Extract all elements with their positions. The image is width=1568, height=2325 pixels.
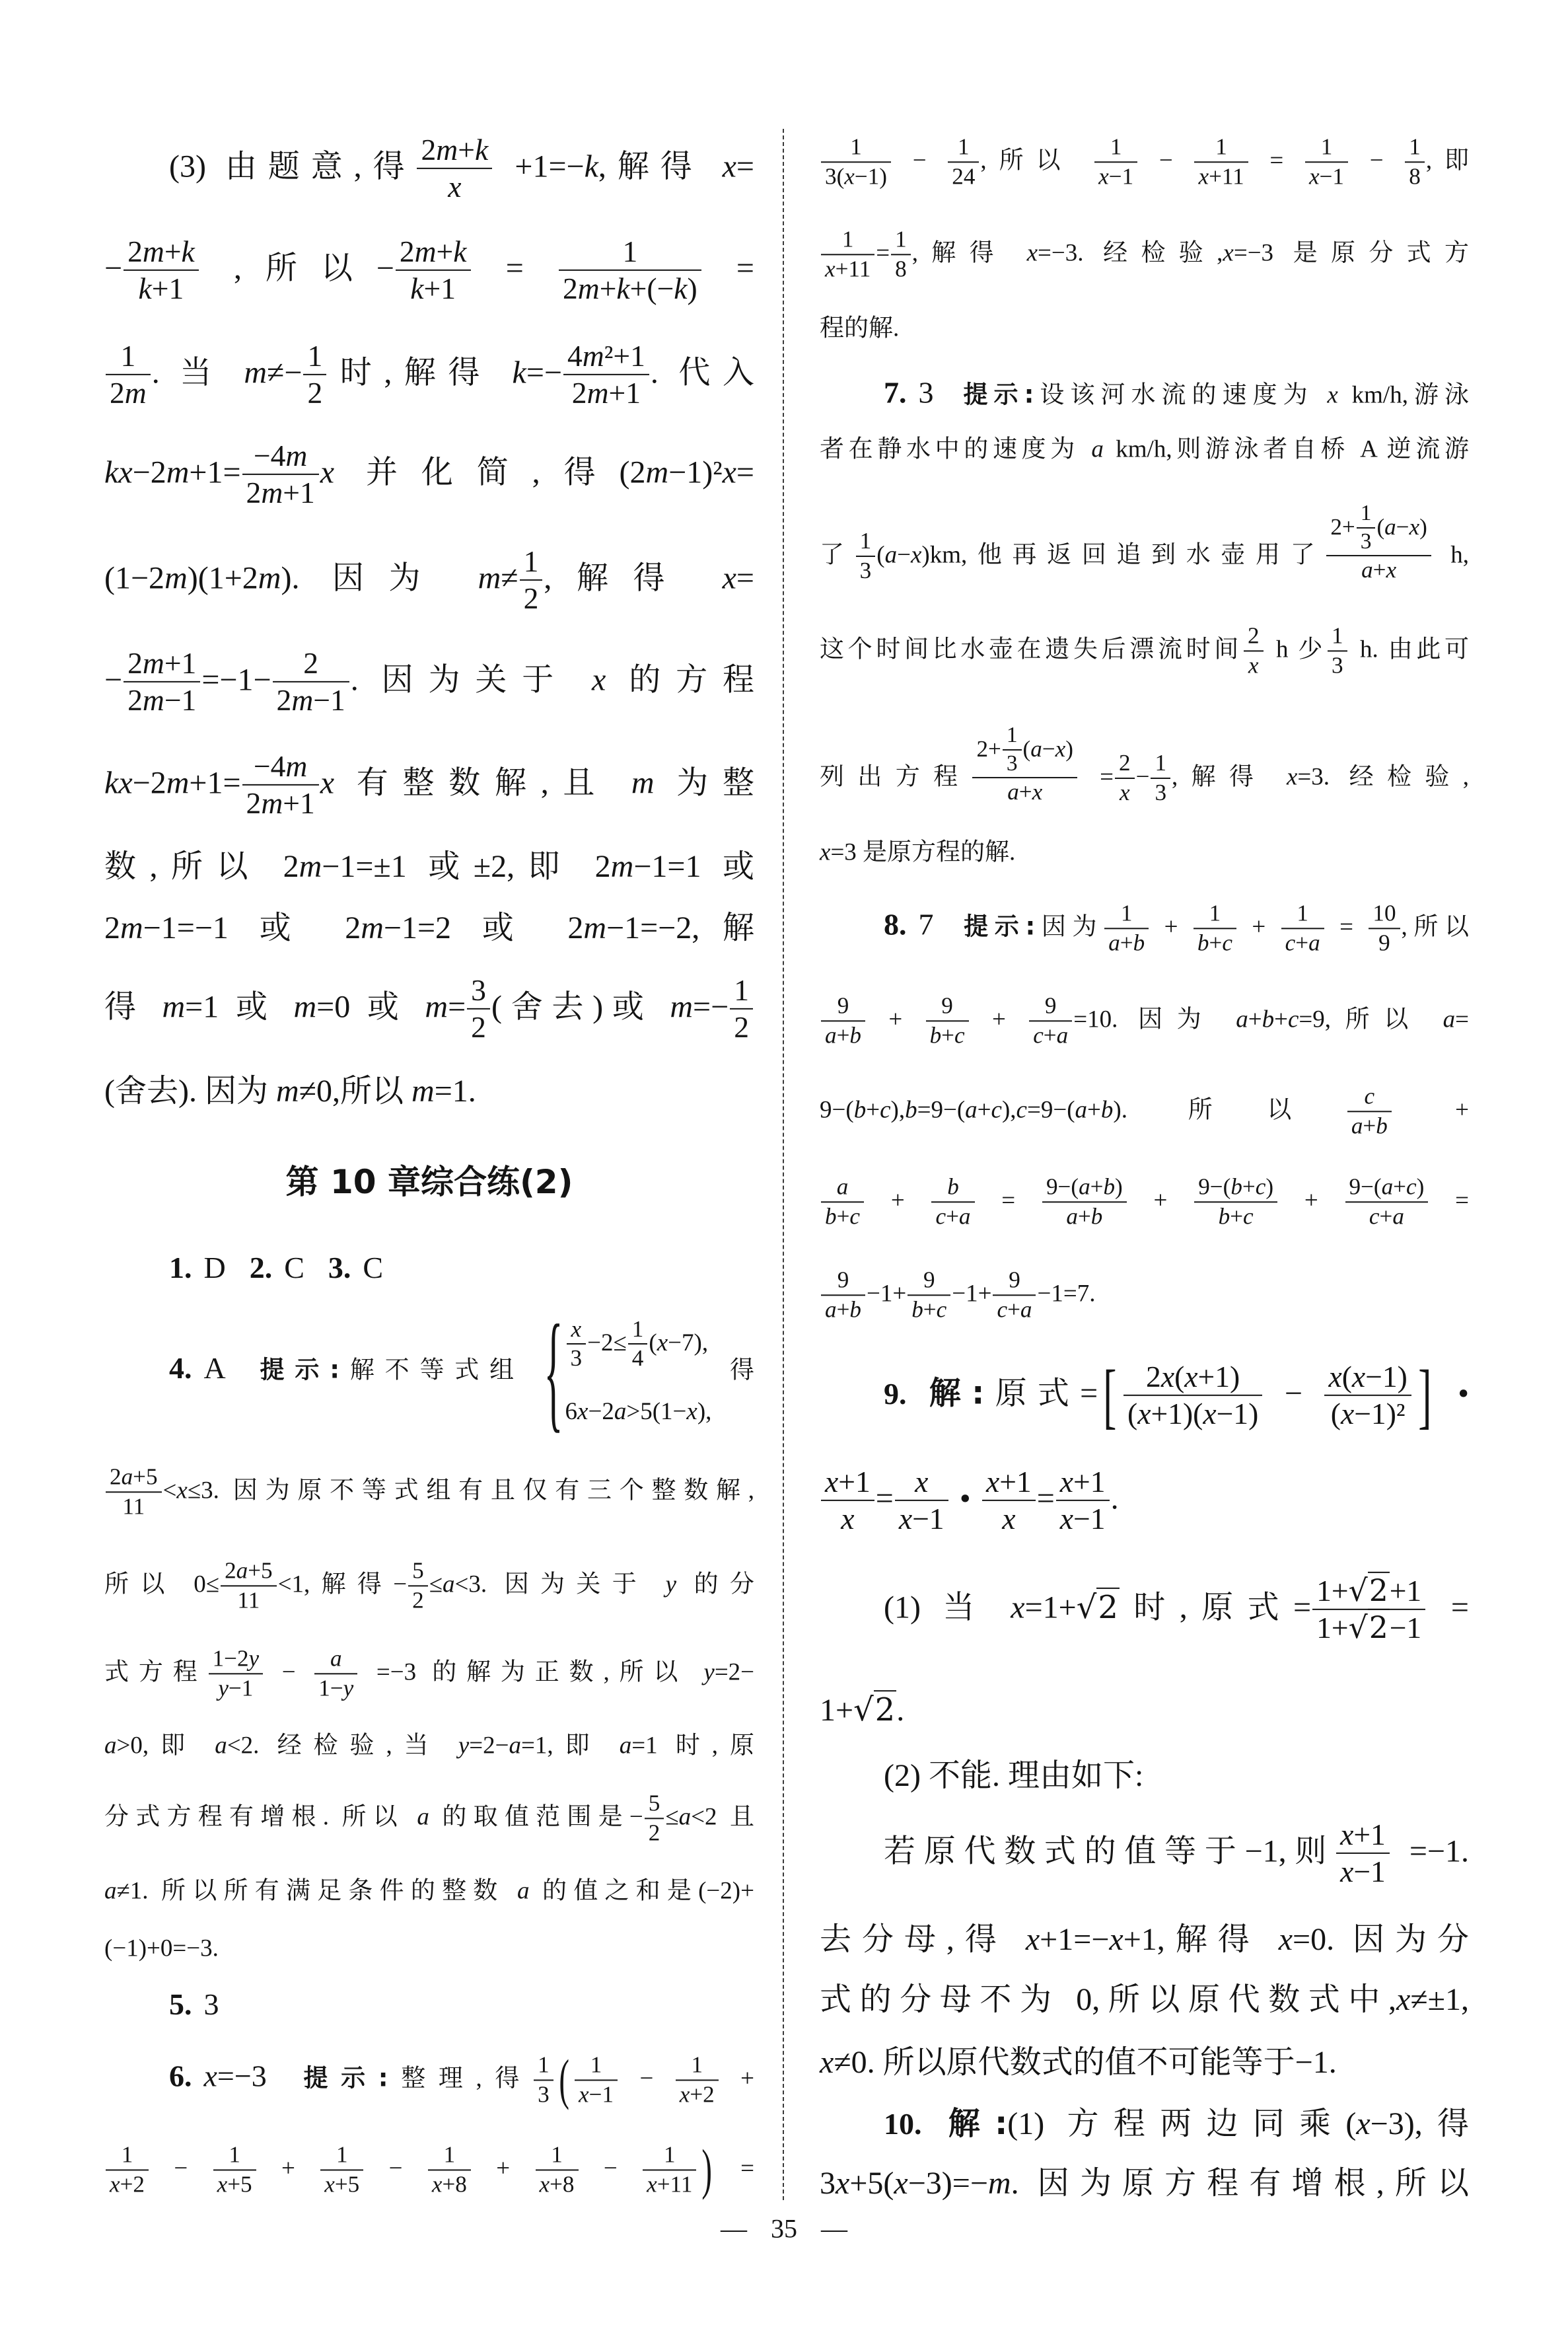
fraction: x+1x−1	[1056, 1465, 1110, 1535]
fraction: 124	[948, 134, 979, 189]
fraction: 9a+b	[821, 993, 865, 1048]
text: x≠0. 所以原代数式的值不可能等于−1.	[820, 2045, 1337, 2080]
fraction: 9b+c	[926, 993, 969, 1048]
text: .	[1111, 1481, 1119, 1516]
denominator: a+x	[1326, 556, 1431, 583]
numerator: 1	[1151, 751, 1170, 779]
answer-line: 若原代数式的值等于−1,则x+1x−1 =−1.	[820, 1818, 1469, 1888]
text: =−1.	[1409, 1834, 1469, 1869]
numerator: 1	[106, 340, 151, 375]
text: 时,原式=	[1120, 1590, 1311, 1625]
fraction: 1x+11	[1194, 134, 1248, 189]
fraction: 2m+12m−1	[124, 647, 200, 717]
answer-line: 者在静水中的速度为 a km/h,则游泳者自桥 A 逆流游	[820, 434, 1469, 464]
numerator: 1	[1104, 901, 1149, 929]
brace: {	[544, 1306, 563, 1438]
text: 得	[730, 1357, 754, 1384]
denominator: 2m+1	[242, 475, 319, 509]
text: =−3 的解为正数,所以 y=2−	[376, 1659, 754, 1686]
fraction: 13(x−1)	[821, 134, 891, 189]
numerator: 1	[1194, 134, 1248, 163]
numerator: 1	[856, 529, 876, 557]
denominator: 2m−1	[124, 683, 200, 717]
numerator: 9	[1029, 993, 1072, 1021]
fraction: 9c+a	[993, 1267, 1036, 1322]
answer-line: (2) 不能. 理由如下:	[820, 1757, 1469, 1795]
fraction: 1x+8	[428, 2142, 471, 2197]
denominator: 3	[534, 2081, 553, 2108]
answer-line: 列出方程2+13(a−x)a+x =2x−13,解得 x=3. 经检验,	[820, 723, 1469, 833]
text: −	[1159, 147, 1173, 174]
fraction: 2x	[1244, 623, 1264, 678]
numerator: 1	[1281, 901, 1324, 929]
answer-line: −2m+12m−1=−1−22m−1. 因为关于 x 的方程	[104, 647, 754, 717]
numerator: x	[895, 1465, 948, 1501]
text: ,所以	[980, 147, 1073, 174]
page-number: —35—	[0, 2213, 1568, 2244]
radicand: 2	[874, 1690, 897, 1728]
denominator: a+b	[821, 1296, 865, 1323]
numerator: 2+13(a−x)	[1326, 501, 1431, 556]
answer-line: 1+√2.	[820, 1691, 1469, 1730]
answer-line: 9a+b + 9b+c + 9c+a=10. 因为 a+b+c=9,所以 a=	[820, 993, 1469, 1048]
denominator: 4	[628, 1345, 648, 1372]
numerator: −4m	[242, 750, 319, 786]
text: −	[1285, 1376, 1302, 1411]
fraction: x+1x	[821, 1465, 874, 1535]
denominator: a+b	[821, 1021, 865, 1049]
fraction: 12m	[106, 340, 151, 410]
hint-label: 提示:	[291, 2064, 388, 2092]
system-row: x3−2≤14(x−7),	[565, 1317, 709, 1372]
numerator: 2m+k	[396, 235, 471, 271]
fraction: 13	[534, 2052, 553, 2107]
answer-line: 式方程1−2yy−1 − a1−y =−3 的解为正数,所以 y=2−	[104, 1646, 754, 1701]
fraction: 1−2yy−1	[209, 1646, 264, 1701]
question-number: 1.	[169, 1251, 192, 1284]
question-number: 2.	[250, 1251, 273, 1284]
fraction: x+1x−1	[1336, 1818, 1390, 1888]
denominator: 2m+1	[242, 786, 319, 820]
text: (a−x)	[1023, 737, 1073, 762]
text: 式方程	[104, 1659, 207, 1686]
numerator: x+1	[982, 1465, 1036, 1501]
answer-line: 所以 0≤2a+511<1,解得−52≤a<3. 因为关于 y 的分	[104, 1558, 754, 1613]
solution-label: 解:	[919, 1375, 985, 1412]
denominator: x−1	[1056, 1501, 1110, 1535]
answer-line: 4.A提示:解不等式组 {x3−2≤14(x−7),6x−2a>5(1−x), …	[104, 1306, 754, 1438]
answer: D	[204, 1251, 226, 1284]
text: −1=7.	[1037, 1280, 1095, 1308]
numerator: c	[1347, 1084, 1392, 1112]
answer-line: (1−2m)(1+2m). 因为 m≠12,解得 x=	[104, 545, 754, 615]
text: =	[1001, 1187, 1015, 1214]
text: h. 由此可	[1360, 636, 1469, 663]
fraction: 2a+511	[221, 1558, 277, 1613]
answer: 7	[919, 908, 934, 941]
answer-line: x≠0. 所以原代数式的值不可能等于−1.	[820, 2044, 1469, 2082]
square-root: √2	[1349, 1611, 1390, 1644]
hint-label: 提示:	[250, 1356, 339, 1384]
radicand: 2	[1368, 1609, 1390, 1645]
answer-line: 程的解.	[820, 313, 1469, 343]
text: h 少	[1276, 636, 1326, 663]
numerator: a	[314, 1646, 357, 1674]
text: =	[1451, 1590, 1469, 1625]
question-number: 8.	[884, 908, 907, 941]
text: ,所以−	[234, 251, 394, 286]
denominator: 3	[1151, 779, 1170, 806]
text: ,所以	[1402, 914, 1470, 941]
fraction: a1−y	[314, 1646, 357, 1701]
big-right-paren: )	[702, 2141, 713, 2197]
multiply-dot: •	[1458, 1376, 1469, 1411]
text: +	[1455, 1097, 1469, 1124]
denominator: y−1	[209, 1674, 264, 1701]
fraction: 1x+5	[213, 2142, 256, 2197]
fraction: x3	[567, 1317, 587, 1372]
text: a≠1. 所以所有满足条件的整数 a 的值之和是(−2)+	[104, 1877, 754, 1904]
text: kx−2m+1=	[104, 766, 241, 801]
fraction: 1x+11	[643, 2142, 696, 2197]
fraction: 2m+kk+1	[396, 235, 471, 305]
section-heading: 第 10 章综合练(2)	[104, 1156, 754, 1203]
numerator: 1	[536, 2142, 579, 2170]
numerator: 1	[730, 974, 753, 1010]
text: +	[740, 2065, 754, 2092]
fraction: xx−1	[895, 1465, 948, 1535]
text: =	[1339, 914, 1353, 941]
numerator: 9−(a+c)	[1345, 1174, 1429, 1202]
numerator: x	[567, 1317, 587, 1345]
answer-line: 得 m=1 或 m=0 或 m=32(舍去)或 m=−12	[104, 974, 754, 1044]
answer-line: (3) 由题意,得2m+kx +1=−k,解得 x=	[104, 133, 754, 203]
denominator: x+11	[821, 255, 874, 282]
text: =	[876, 1481, 894, 1516]
numerator: 1	[643, 2142, 696, 2170]
answer-line: 13(x−1) − 124,所以 1x−1 − 1x+11 = 1x−1 − 1…	[820, 134, 1469, 189]
numerator: 2m+k	[417, 133, 492, 169]
text: −1+	[867, 1280, 906, 1308]
text: +	[1304, 1187, 1318, 1214]
denominator: a+b	[1042, 1202, 1127, 1230]
numerator: b	[931, 1174, 974, 1202]
fraction: 12	[303, 340, 326, 410]
fraction: −4m2m+1	[242, 750, 319, 820]
fraction: x+1x	[982, 1465, 1036, 1535]
fraction: 2x(x+1)(x+1)(x−1)	[1123, 1360, 1262, 1430]
fraction: 52	[408, 1558, 428, 1613]
numerator: −4m	[242, 439, 319, 475]
answer-line: 去分母,得 x+1=−x+1,解得 x=0. 因为分	[820, 1921, 1469, 1959]
denominator: 2m−1	[273, 683, 349, 717]
fraction: 13	[856, 529, 876, 583]
text: =	[876, 240, 890, 267]
denominator: x−1	[1094, 163, 1137, 190]
text: ≤a<3. 因为关于 y 的分	[429, 1571, 754, 1598]
denominator: 2	[467, 1010, 490, 1044]
text: +	[1252, 914, 1265, 941]
fraction: 13	[1328, 623, 1347, 678]
numerator: a	[821, 1174, 864, 1202]
square-root: √2	[1077, 1589, 1120, 1627]
denominator: (x+1)(x−1)	[1123, 1396, 1262, 1430]
text: x 有整数解,且 m 为整	[320, 766, 754, 801]
denominator: 3	[1357, 529, 1376, 554]
hint-label: 提示:	[958, 912, 1036, 941]
answer-line: 7.3提示:设该河水流的速度为 x km/h,游泳	[820, 374, 1469, 410]
text: 者在静水中的速度为	[820, 435, 1079, 462]
fraction: 1a+b	[1104, 901, 1149, 955]
denominator: x	[982, 1501, 1036, 1535]
numerator: 1	[575, 2052, 618, 2081]
numerator: x(x−1)	[1324, 1360, 1411, 1396]
text: 解不等式组	[339, 1357, 524, 1384]
numerator: 1	[534, 2052, 553, 2081]
system-row: 6x−2a>5(1−x),	[565, 1397, 712, 1426]
text: (3) 由题意,得	[169, 149, 415, 184]
question-number: 7.	[884, 375, 907, 409]
answer-line: (1) 当 x=1+√2时,原式=1+√2+11+√2−1 =	[820, 1574, 1469, 1644]
answer: 3	[919, 375, 934, 409]
fraction: 9b+c	[908, 1267, 950, 1322]
text: 了	[820, 541, 855, 568]
page-dash-right: —	[821, 2214, 847, 2244]
answer-line: 5.3	[104, 1985, 754, 2024]
denominator: k+1	[396, 271, 471, 305]
fraction: 13	[1151, 751, 1170, 805]
fraction: ab+c	[821, 1174, 864, 1229]
answer-line: kx−2m+1=−4m2m+1x 有整数解,且 m 为整	[104, 750, 754, 820]
denominator: x	[1244, 651, 1264, 679]
text: +	[992, 1006, 1006, 1033]
fraction: 9c+a	[1029, 993, 1072, 1048]
text: a>0,即 a<2. 经检验,当 y=2−a=1,即 a=1 时,原	[104, 1732, 754, 1759]
fraction: bc+a	[931, 1174, 974, 1229]
text: =	[1455, 1187, 1469, 1214]
fraction: 1x−1	[1305, 134, 1348, 189]
text: ≤a<2 且	[665, 1804, 754, 1831]
fraction: 18	[1405, 134, 1425, 189]
denominator: (x−1)²	[1324, 1396, 1411, 1430]
answer: x=−3	[204, 2059, 267, 2093]
denominator: 24	[948, 163, 979, 190]
text: −	[104, 663, 122, 698]
numerator: 1	[1405, 134, 1425, 163]
text: +	[1164, 914, 1178, 941]
fraction: 1x+8	[536, 2142, 579, 2197]
text: km/h,游泳	[1352, 381, 1469, 408]
answer-line: 10.解:(1) 方程两边同乘(x−3),得	[820, 2105, 1469, 2143]
question-number: 10.	[884, 2107, 922, 2141]
numerator: 10	[1369, 901, 1400, 929]
text: km/h,则游泳者自桥 A 逆流游	[1116, 435, 1469, 462]
answer-line: 1.D2.C3.C	[104, 1249, 754, 1287]
denominator: 2	[408, 1586, 428, 1613]
denominator: b+c	[926, 1021, 969, 1049]
text: −1+	[952, 1280, 991, 1308]
denominator: 8	[1405, 163, 1425, 190]
numerator: x+1	[1336, 1818, 1390, 1854]
numerator: 1	[559, 235, 701, 271]
text: 得 m=1 或 m=0 或 m=	[104, 990, 466, 1025]
text: 1+	[1316, 1611, 1349, 1644]
fraction: 2x	[1115, 751, 1135, 805]
numerator: 1+√2+1	[1312, 1574, 1425, 1610]
numerator: 9−(b+c)	[1194, 1174, 1277, 1202]
text: −1	[1390, 1611, 1422, 1644]
compound-fraction: 2+13(a−x)a+x	[1326, 501, 1431, 611]
text: km,他再返回追到水壶用了	[930, 541, 1326, 568]
text: x 并化简,得(2m−1)²x=	[320, 455, 754, 490]
radical-sign: √	[1349, 1573, 1368, 1608]
text: −	[1136, 763, 1150, 790]
radical-sign: √	[853, 1691, 874, 1728]
denominator: b+c	[1194, 929, 1236, 956]
question-number: 6.	[169, 2059, 192, 2093]
fraction: ca+b	[1347, 1084, 1392, 1138]
fraction: 1x+5	[320, 2142, 363, 2197]
text: 列出方程	[820, 763, 971, 790]
answer: C	[284, 1251, 304, 1284]
numerator: 5	[408, 1558, 428, 1586]
numerator: 1	[1003, 723, 1022, 751]
numerator: 1	[428, 2142, 471, 2170]
text: <x≤3. 因为原不等式组有且仅有三个整数解,	[163, 1477, 754, 1504]
big-right-bracket: ]	[1418, 1359, 1431, 1432]
numerator: 1	[106, 2142, 149, 2170]
denominator: 2	[730, 1010, 753, 1044]
text: (a−x)	[1376, 515, 1427, 540]
denominator: 8	[891, 255, 911, 282]
numerator: 1	[948, 134, 979, 163]
page-number-value: 35	[771, 2214, 797, 2244]
page-dash-left: —	[721, 2214, 747, 2244]
denominator: x−1	[895, 1501, 948, 1535]
denominator: x+5	[213, 2170, 256, 2197]
text: . 代入	[651, 355, 754, 390]
fraction: −4m2m+1	[242, 439, 319, 509]
fraction: 52	[645, 1790, 664, 1845]
text: 去分母,得 x+1=−x+1,解得 x=0. 因为分	[820, 1922, 1469, 1957]
answer-line: 了13(a−x)km,他再返回追到水壶用了2+13(a−x)a+x h,	[820, 501, 1469, 611]
fraction: 18	[891, 227, 911, 281]
fraction: 32	[467, 974, 490, 1044]
fraction: 2a+511	[106, 1464, 162, 1519]
numerator: 1	[1328, 623, 1347, 651]
answer-line: 数,所以 2m−1=±1 或±2,即 2m−1=1 或	[104, 848, 754, 886]
numerator: 2m+k	[124, 235, 199, 271]
numerator: 1−2y	[209, 1646, 264, 1674]
fraction: 9a+b	[821, 1267, 865, 1322]
fraction: 1x−1	[1094, 134, 1137, 189]
denominator: 2m+k+(−k)	[559, 271, 701, 305]
fraction: 9−(b+c)b+c	[1194, 1174, 1277, 1229]
numerator: 1	[821, 227, 874, 255]
answer-line: 式的分母不为 0,所以原代数式中,x≠±1,	[820, 1981, 1469, 2019]
answer-line: 3x+5(x−3)=−m. 因为原方程有增根,所以	[820, 2164, 1469, 2203]
text: h,	[1450, 541, 1469, 568]
text: +	[888, 1006, 902, 1033]
fraction: 2m+kk+1	[124, 235, 199, 305]
denominator: x+2	[106, 2170, 149, 2197]
numerator: x+1	[821, 1465, 874, 1501]
hint-label: 提示:	[958, 380, 1034, 408]
numerator: 2a+5	[221, 1558, 277, 1586]
fraction: 1x+2	[676, 2052, 719, 2107]
answer-line: 2m−1=−1 或 2m−1=2 或 2m−1=−2,解	[104, 909, 754, 947]
denominator: a+b	[1347, 1112, 1392, 1139]
text: =−1−	[201, 663, 271, 698]
radicand: 2	[1368, 1572, 1390, 1608]
denominator: x−1	[1305, 163, 1348, 190]
numerator: 2	[1244, 623, 1264, 651]
text: =	[506, 251, 524, 286]
denominator: c+a	[931, 1202, 974, 1230]
denominator: 3	[1328, 651, 1347, 679]
radical-sign: √	[1349, 1610, 1368, 1645]
answer-line: 8.7提示:因为1a+b + 1b+c + 1c+a = 109,所以	[820, 901, 1469, 955]
numerator: 9−(a+b)	[1042, 1174, 1127, 1202]
text: kx−2m+1=	[104, 455, 241, 490]
text: x=3 是原方程的解.	[820, 838, 1015, 866]
numerator: 2+13(a−x)	[972, 723, 1077, 778]
numerator: 2	[1115, 751, 1135, 779]
fraction: 1x+2	[106, 2142, 149, 2197]
text: +	[496, 2155, 510, 2182]
denominator: 2	[303, 375, 326, 410]
text: 6x−2a>5(1−x),	[565, 1398, 712, 1425]
numerator: 1	[1094, 134, 1137, 163]
fraction: 22m−1	[273, 647, 349, 717]
fraction: 13	[1357, 501, 1376, 554]
denominator: a+b	[1104, 929, 1149, 956]
text: +	[1154, 1187, 1168, 1214]
answer: C	[363, 1251, 383, 1284]
numerator: 1	[821, 134, 891, 163]
text: +1=−k,解得 x=	[515, 149, 754, 184]
text: −	[174, 2155, 188, 2182]
fraction: 1+√2+11+√2−1	[1312, 1574, 1425, 1644]
text: (舍去). 因为 m≠0,所以 m=1.	[104, 1074, 476, 1109]
radicand: 2	[1096, 1588, 1120, 1626]
text: 设该河水流的速度为	[1034, 381, 1313, 408]
text: −	[1370, 147, 1384, 174]
text: 1+	[1316, 1574, 1349, 1607]
column-divider	[783, 129, 784, 2200]
numerator: 9	[821, 993, 865, 1021]
text: 2+	[1330, 515, 1355, 540]
square-root: √2	[853, 1691, 896, 1730]
text: 程的解.	[820, 314, 899, 342]
denominator: 2m	[106, 375, 151, 410]
variable: a	[1091, 435, 1104, 462]
numerator: 1	[320, 2142, 363, 2170]
text: =	[1100, 763, 1114, 790]
text: 9−(b+c),b=9−(a+c),c=9−(a+b). 所以	[820, 1097, 1346, 1124]
denominator: 9	[1369, 929, 1400, 956]
numerator: 1	[628, 1317, 648, 1345]
answer-line: x+1x=xx−1 • x+1x=x+1x−1.	[820, 1465, 1469, 1535]
answer-line: 2a+511<x≤3. 因为原不等式组有且仅有三个整数解,	[104, 1464, 754, 1519]
text: 原式=	[984, 1376, 1098, 1411]
text: 数,所以 2m−1=±1 或±2,即 2m−1=1 或	[104, 849, 754, 884]
answer-line: 9a+b−1+9b+c−1+9c+a−1=7.	[820, 1267, 1469, 1322]
question-number: 4.	[169, 1351, 192, 1385]
inequality-system: {x3−2≤14(x−7),6x−2a>5(1−x),	[543, 1306, 712, 1438]
numerator: 2m+1	[124, 647, 200, 683]
square-root: √2	[1349, 1574, 1390, 1607]
